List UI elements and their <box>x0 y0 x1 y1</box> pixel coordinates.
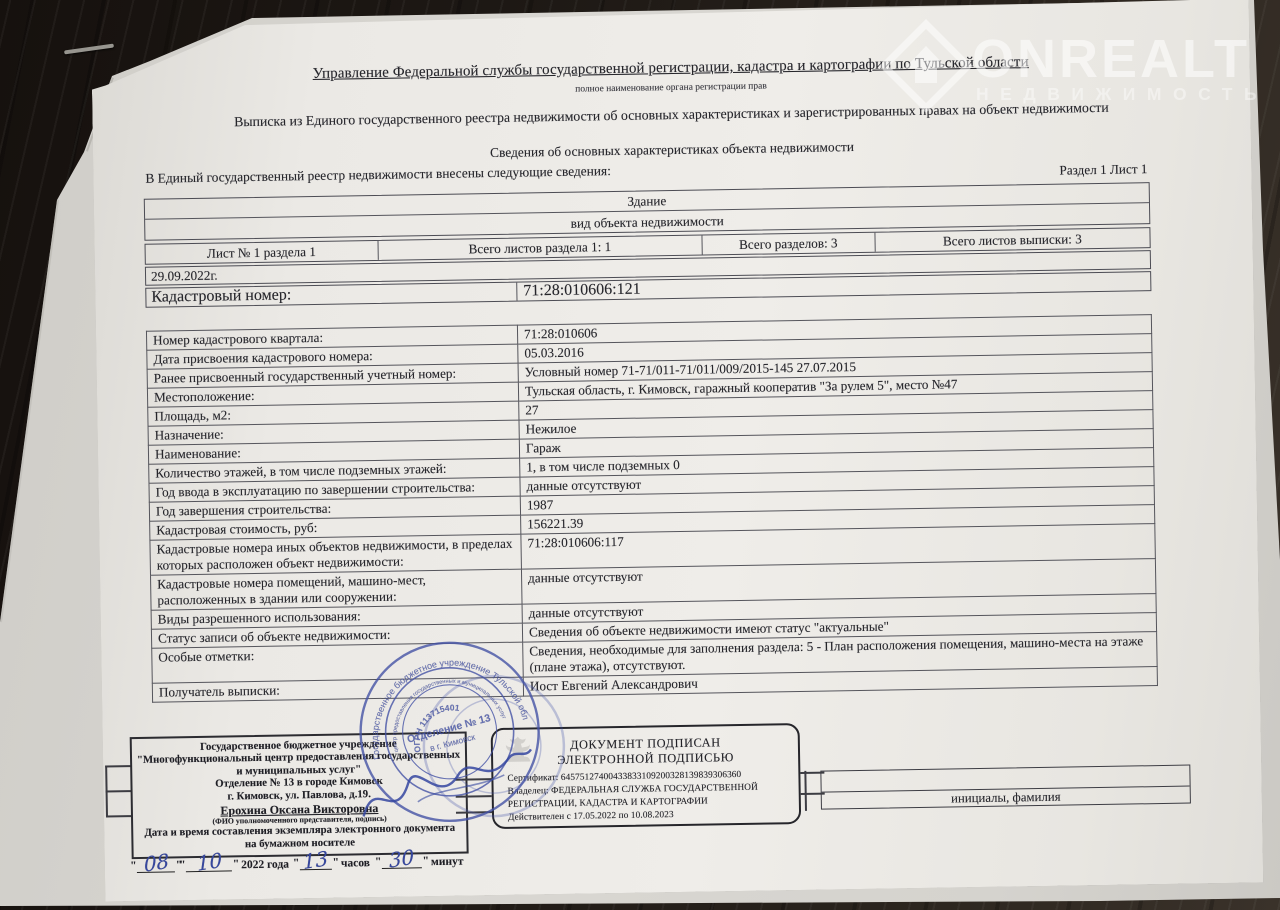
left-bracket-mark <box>105 765 132 817</box>
initials-table: инициалы, фамилия <box>820 765 1191 810</box>
watermark-subtitle: НЕДВИЖИМОСТЬ <box>976 84 1268 105</box>
watermark-brand: ONREALT <box>972 28 1250 90</box>
minutes-label: минут <box>431 855 464 868</box>
attributes-table-body: Номер кадастрового квартала:71:28:010606… <box>146 315 1157 703</box>
mfc-date-caption: на бумажном носителе <box>245 836 355 850</box>
intro-line: В Единый государственный реестр недвижим… <box>145 163 611 187</box>
year-label: 2022 года <box>241 858 289 871</box>
photo-scene: Управление Федеральной службы государств… <box>0 0 1280 910</box>
attributes-table: Номер кадастрового квартала:71:28:010606… <box>146 314 1158 703</box>
cadastral-number-label: Кадастровый номер: <box>146 283 517 307</box>
sheet-info-cell: Всего листов выписки: 3 <box>874 228 1150 252</box>
document-sheet: Управление Федеральной службы государств… <box>91 0 1263 902</box>
handwritten-day: 08 <box>137 855 175 874</box>
onrealt-logo-icon <box>878 18 974 114</box>
handwritten-hours: 13 <box>300 852 332 871</box>
section-sheet-label: Раздел 1 Лист 1 <box>1059 161 1147 178</box>
handwritten-month: 10 <box>186 854 232 873</box>
sheet-info-cell: Всего разделов: 3 <box>701 233 874 255</box>
mfc-date-line: 08 10 2022 года 13 часов 30 минут <box>137 850 464 873</box>
hours-label: часов <box>341 857 370 870</box>
mfc-line: г. Кимовск, ул. Павлова, д.19. <box>227 788 371 803</box>
handwritten-minutes: 30 <box>382 851 422 870</box>
sheet-info-cell: Всего листов раздела 1: 1 <box>377 236 702 260</box>
grid-line <box>804 771 807 811</box>
sheet-info-cell: Лист № 1 раздела 1 <box>146 241 378 264</box>
